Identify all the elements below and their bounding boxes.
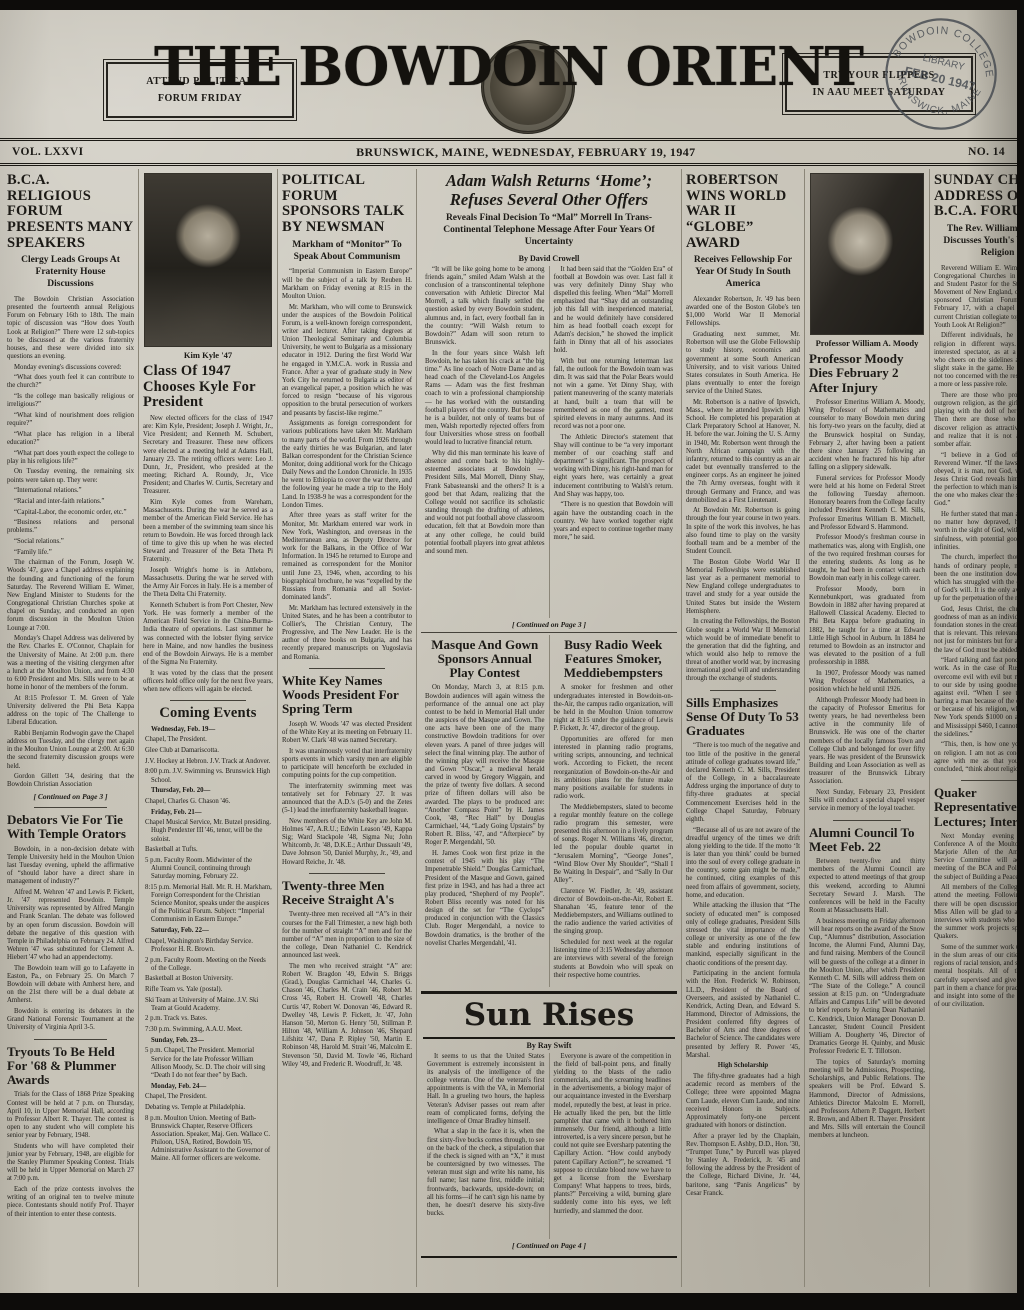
- article-sunday-chapel: SUNDAY CHAPEL ADDRESS OPENS B.C.A. FORUM…: [934, 173, 1017, 774]
- photo-kim-kyle: [144, 173, 272, 347]
- headline: Tryouts To Be Held For '68 & Plummer Awa…: [7, 1045, 134, 1088]
- article-body: Next Monday evening at 7:30, in Conferen…: [934, 833, 1017, 1009]
- article-divider: [961, 780, 1017, 781]
- byline: By David Crowell: [421, 254, 677, 263]
- column-3: POLITICAL FORUM SPONSORS TALK BY NEWSMAN…: [277, 169, 416, 1287]
- dateline: BRUNSWICK, MAINE, WEDNESDAY, FEBRUARY 19…: [356, 145, 695, 160]
- issue-number: NO. 14: [968, 146, 1005, 158]
- headline: SUNDAY CHAPEL ADDRESS OPENS B.C.A. FORUM: [934, 173, 1017, 220]
- article-body: Joseph W. Woods '47 was elected Presiden…: [282, 721, 412, 867]
- article-quaker: Quaker Representative Lectures; Intervie…: [934, 786, 1017, 1009]
- column-1: B.C.A. RELIGIOUS FORUM PRESENTS MANY SPE…: [3, 169, 138, 1287]
- page-columns: B.C.A. RELIGIOUS FORUM PRESENTS MANY SPE…: [0, 166, 1017, 1287]
- article-divider: [833, 820, 900, 821]
- article-body: Trials for the Class of 1868 Prize Speak…: [7, 1091, 134, 1218]
- article-divider: [34, 807, 108, 808]
- article-body: Bowdoin, in a non-decision debate with T…: [7, 846, 134, 1033]
- headline: ROBERTSON WINS WORLD WAR II “GLOBE” AWAR…: [686, 173, 800, 251]
- article-body: Alexander Robertson, Jr. '49 has been aw…: [686, 296, 800, 684]
- article-body: On Monday, March 3, at 8:15 p.m. Bowdoin…: [425, 684, 545, 948]
- headline: Class Of 1947 Chooses Kyle For President: [143, 364, 273, 411]
- paper-title: THE BOWDOIN ORIENT: [0, 36, 1017, 98]
- deck: Markham of “Monitor” To Speak About Comm…: [288, 240, 406, 264]
- headline: Twenty-three Men Receive Straight A's: [282, 879, 412, 908]
- byline: By Ray Swift: [423, 1041, 675, 1050]
- article-divider: [309, 668, 384, 669]
- deck: Reveals Final Decision To “Mal” Morrell …: [427, 213, 671, 249]
- deck: Receives Fellowship For Year Of Study In…: [692, 255, 794, 291]
- column-4-5: Adam Walsh Returns ‘Home’; Refuses Sever…: [416, 169, 681, 1287]
- headline: Sills Emphasizes Sense Of Duty To 53 Gra…: [686, 696, 800, 739]
- article-sills: Sills Emphasizes Sense Of Duty To 53 Gra…: [686, 696, 800, 1198]
- headline: Professor Moody Dies February 2 After In…: [809, 352, 925, 395]
- article-body: The Bowdoin Christian Association presen…: [7, 296, 134, 790]
- article-white-key: White Key Names Woods President For Spri…: [282, 674, 412, 867]
- walsh-left-column: “It will be like going home to be among …: [421, 266, 549, 618]
- sun-right-column: Everyone is aware of the competition in …: [549, 1053, 676, 1239]
- headline: POLITICAL FORUM SPONSORS TALK BY NEWSMAN: [282, 173, 412, 236]
- article-straight-a: Twenty-three Men Receive Straight A's Tw…: [282, 879, 412, 1069]
- article-political-forum: POLITICAL FORUM SPONSORS TALK BY NEWSMAN…: [282, 173, 412, 662]
- article-divider: [170, 700, 245, 701]
- volume-label: VOL. LXXVI: [12, 146, 84, 158]
- headline: Quaker Representative Lectures; Intervie…: [934, 786, 1017, 829]
- headline: Alumni Council To Meet Feb. 22: [809, 826, 925, 855]
- folio-line: VOL. LXXVI BRUNSWICK, MAINE, WEDNESDAY, …: [0, 138, 1017, 166]
- continued-note: [ Continued on Page 3 ]: [421, 620, 677, 629]
- article-bca-forum: B.C.A. RELIGIOUS FORUM PRESENTS MANY SPE…: [7, 173, 134, 801]
- article-moody-obituary: Professor Moody Dies February 2 After In…: [809, 352, 925, 814]
- headline: Busy Radio Week Features Smoker, Meddieb…: [554, 638, 674, 681]
- article-body: “Imperial Communism in Eastern Europe” w…: [282, 268, 412, 661]
- headline: B.C.A. RELIGIOUS FORUM PRESENTS MANY SPE…: [7, 173, 134, 251]
- photo-caption: Professor William A. Moody: [809, 338, 925, 348]
- article-body: Twenty-three men received all “A”s in th…: [282, 911, 412, 1068]
- article-robertson: ROBERTSON WINS WORLD WAR II “GLOBE” AWAR…: [686, 173, 800, 684]
- continued-note: [ Continued on Page 4 ]: [423, 1241, 675, 1250]
- masthead: ATTEND POLITICAL FORUM FRIDAY THE BOWDOI…: [0, 10, 1017, 138]
- article-radio-week: Busy Radio Week Features Smoker, Meddieb…: [549, 635, 678, 987]
- article-divider: [710, 690, 776, 691]
- library-stamp-icon: BOWDOIN COLLEGE LIBRARY FEB 20 1947 BRUN…: [871, 10, 1010, 144]
- events-list: Wednesday, Feb. 19—Chapel, The President…: [143, 726, 273, 1164]
- deck: Clergy Leads Groups At Fraternity House …: [13, 255, 128, 291]
- article-body: Between twenty-five and thirty members o…: [809, 858, 925, 1140]
- deck: The Rev. William Wimer Discusses Youth's…: [940, 224, 1017, 260]
- article-body: New elected officers for the class of 19…: [143, 415, 273, 694]
- sun-left-column: It seems to us that the United States Go…: [423, 1053, 549, 1239]
- headline: Sun Rises: [423, 997, 675, 1039]
- headline: Debators Vie For Tie With Temple Orators: [7, 813, 134, 842]
- column-6: ROBERTSON WINS WORLD WAR II “GLOBE” AWAR…: [681, 169, 804, 1287]
- middle-article-row: Masque And Gown Sponsors Annual Play Con…: [421, 632, 677, 987]
- article-body: “There is too much of the negative and t…: [686, 742, 800, 1197]
- headline: Masque And Gown Sponsors Annual Play Con…: [425, 638, 545, 681]
- article-divider: [34, 1039, 108, 1040]
- article-sun-rises: Sun Rises By Ray Swift It seems to us th…: [421, 991, 677, 1258]
- photo-professor-moody: [810, 173, 924, 335]
- headline: Adam Walsh Returns ‘Home’; Refuses Sever…: [421, 172, 677, 210]
- sun-two-columns: It seems to us that the United States Go…: [423, 1053, 675, 1239]
- article-tryouts: Tryouts To Be Held For '68 & Plummer Awa…: [7, 1045, 134, 1219]
- article-masque-gown: Masque And Gown Sponsors Annual Play Con…: [421, 635, 549, 987]
- nameplate: THE BOWDOIN ORIENT: [0, 36, 1017, 98]
- article-coming-events: Coming Events Wednesday, Feb. 19—Chapel,…: [143, 706, 273, 1163]
- article-body: Reverend William E. Wimer, Minister for …: [934, 265, 1017, 774]
- newspaper-page: ATTEND POLITICAL FORUM FRIDAY THE BOWDOI…: [0, 10, 1017, 1293]
- headline: Coming Events: [143, 706, 273, 722]
- article-debators: Debators Vie For Tie With Temple Orators…: [7, 813, 134, 1033]
- article-body: A smoker for freshmen and other undergra…: [554, 684, 674, 979]
- article-divider: [309, 873, 384, 874]
- article-alumni-council: Alumni Council To Meet Feb. 22 Between t…: [809, 826, 925, 1141]
- walsh-right-column: It had been said that the “Golden Era” o…: [549, 266, 678, 618]
- article-body: Professor Emeritus William A. Moody, Win…: [809, 399, 925, 814]
- stamp-date-text: FEB 20 1947: [903, 64, 977, 94]
- article-class-1947: Class Of 1947 Chooses Kyle For President…: [143, 364, 273, 694]
- column-8: SUNDAY CHAPEL ADDRESS OPENS B.C.A. FORUM…: [929, 169, 1017, 1287]
- walsh-two-columns: “It will be like going home to be among …: [421, 266, 677, 618]
- column-2: Kim Kyle '47 Class Of 1947 Chooses Kyle …: [138, 169, 277, 1287]
- headline: White Key Names Woods President For Spri…: [282, 674, 412, 717]
- continued-note: [ Continued on Page 3 ]: [7, 792, 134, 801]
- column-7: Professor William A. Moody Professor Moo…: [804, 169, 929, 1287]
- photo-caption: Kim Kyle '47: [143, 350, 273, 360]
- article-adam-walsh: Adam Walsh Returns ‘Home’; Refuses Sever…: [421, 172, 677, 629]
